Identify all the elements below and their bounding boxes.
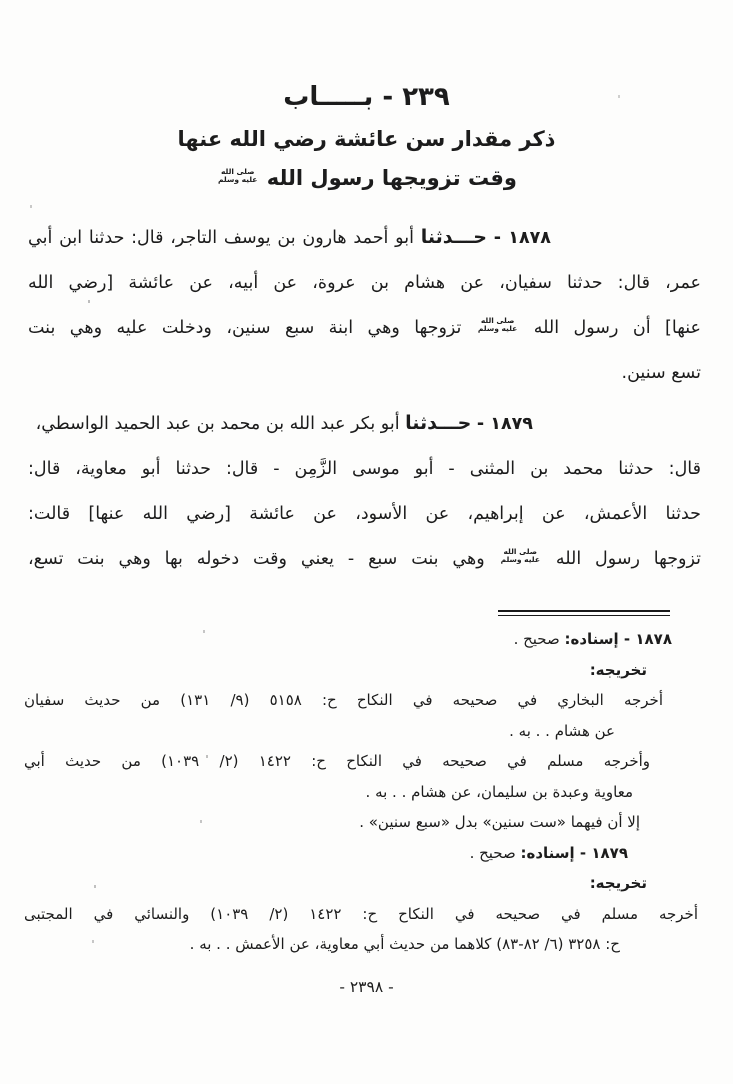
scanned-page: ٢٣٩ - بـــــاب ذكر مقدار سن عائشة رضي ال… [0,0,733,996]
narration-verb: حـــدثنا [421,226,487,248]
footnote-line: أخرجه البخاري في صحيحه في النكاح ح: ٥١٥٨… [24,685,698,716]
chapter-title-line2: وقت تزويجها رسول الله صلى اللهعليه وسلم [0,166,733,190]
footnote-line: إلا أن فيهما «ست سنين» بدل «سبع سنين» . [24,807,698,838]
narration-verb: حـــدثنا [405,412,471,434]
text-line: حدثنا الأعمش، عن إبراهيم، عن الأسود، عن … [28,492,701,537]
chapter-title-line1: ذكر مقدار سن عائشة رضي الله عنها [0,127,733,151]
hadith-number: ١٨٧٩ - [477,414,533,434]
footnotes-section: ١٨٧٨ - إسناده: صحيح . تخريجه: أخرجه البخ… [24,610,698,960]
footnote-line: وأخرجه مسلم في صحيحه في النكاح ح: ١٤٢٢ (… [24,746,698,777]
chapter-heading: ٢٣٩ - بـــــاب [0,82,733,112]
pbuh-symbol: صلى اللهعليه وسلم [501,548,540,565]
hadith-text-block: ١٨٧٨ - حـــدثنا أبو أحمد هارون بن يوسف ا… [28,215,701,582]
chapter-header: ٢٣٩ - بـــــاب ذكر مقدار سن عائشة رضي ال… [0,82,733,190]
footnote-line: ١٨٧٩ - إسناده: صحيح . [24,838,698,869]
text-line: تزوجها رسول الله صلى اللهعليه وسلم وهي ب… [28,537,701,582]
footnote-line: معاوية وعبدة بن سليمان، عن هشام . . به . [24,777,698,808]
footnote-line: عن هشام . . به . [24,716,698,747]
line-text: تزوجها رسول الله [556,549,701,569]
line-text: وهي بنت سبع - يعني وقت دخوله بها وهي بنت… [28,549,485,569]
hadith-1878-paragraph: ١٨٧٨ - حـــدثنا أبو أحمد هارون بن يوسف ا… [28,215,701,396]
footnote-line: تخريجه: [24,868,698,899]
text-line: عمر، قال: حدثنا سفيان، عن هشام بن عروة، … [28,261,701,306]
footnote-line: أخرجه مسلم في صحيحه في النكاح ح: ١٤٢٢ (٢… [24,899,698,930]
text-line: عنها] أن رسول الله صلى اللهعليه وسلم تزو… [28,306,701,351]
line-text: عنها] أن رسول الله [534,318,701,338]
footnote-line: ح: ٣٢٥٨ (٦/ ٨٢-٨٣) كلاهما من حديث أبي مع… [24,929,698,960]
line-text: أبو بكر عبد الله بن محمد بن عبد الحميد ا… [36,414,400,434]
hadith-1879-paragraph: ١٨٧٩ - حـــدثنا أبو بكر عبد الله بن محمد… [28,401,701,582]
hadith-number: ١٨٧٨ - [494,228,551,248]
text-line: قال: حدثنا محمد بن المثنى - أبو موسى الز… [28,447,701,492]
page-number: - ٢٣٩٨ - [0,978,733,996]
footnote-line: ١٨٧٨ - إسناده: صحيح . [24,624,698,655]
pbuh-symbol: صلى اللهعليه وسلم [478,317,517,334]
chapter-title-line2-text: وقت تزويجها رسول الله [267,166,517,190]
footnote-divider [498,610,670,616]
footnote-line: تخريجه: [24,655,698,686]
scan-noise [88,300,90,303]
line-text: أبو أحمد هارون بن يوسف التاجر، قال: حدثن… [28,228,414,248]
text-line: ١٨٧٩ - حـــدثنا أبو بكر عبد الله بن محمد… [28,401,701,447]
text-line: ١٨٧٨ - حـــدثنا أبو أحمد هارون بن يوسف ا… [28,215,701,261]
pbuh-symbol: صلى اللهعليه وسلم [218,168,257,185]
text-line: تسع سنين. [28,351,701,396]
line-text: تزوجها وهي ابنة سبع سنين، ودخلت عليه وهي… [28,318,461,338]
